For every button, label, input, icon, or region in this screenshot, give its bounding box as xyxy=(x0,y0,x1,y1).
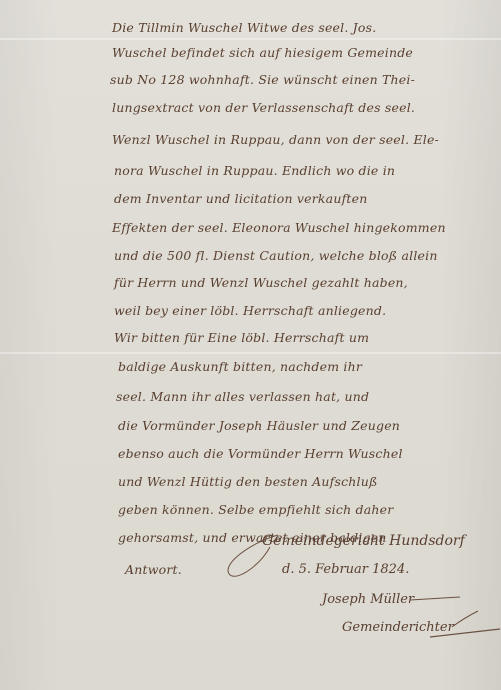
body-line: Antwort. xyxy=(125,562,182,577)
body-line: Die Tillmin Wuschel Witwe des seel. Jos. xyxy=(112,20,376,35)
body-line: sub No 128 wohnhaft. Sie wünscht einen T… xyxy=(110,72,415,87)
body-line: baldige Auskunft bitten, nachdem ihr xyxy=(118,359,362,374)
body-line: nora Wuschel in Ruppau. Endlich wo die i… xyxy=(114,163,395,178)
body-line: seel. Mann ihr alles verlassen hat, und xyxy=(116,389,369,404)
body-line: Wuschel befindet sich auf hiesigem Gemei… xyxy=(112,45,413,60)
body-line: und die 500 fl. Dienst Caution, welche b… xyxy=(114,248,438,263)
body-line: ebenso auch die Vormünder Herrn Wuschel xyxy=(118,446,403,461)
manuscript-page: Die Tillmin Wuschel Witwe des seel. Jos.… xyxy=(0,0,501,690)
body-line: Effekten der seel. Eleonora Wuschel hing… xyxy=(112,220,446,235)
body-line: geben können. Selbe empfiehlt sich daher xyxy=(118,502,393,517)
body-line: dem Inventar und licitation verkauften xyxy=(114,191,367,206)
paper-fold xyxy=(0,38,501,40)
body-line: Wenzl Wuschel in Ruppau, dann von der se… xyxy=(112,132,439,147)
paper-fold xyxy=(0,352,501,354)
body-line: für Herrn und Wenzl Wuschel gezahlt habe… xyxy=(114,275,408,290)
body-line: und Wenzl Hüttig den besten Aufschluß xyxy=(118,474,378,489)
signature-flourish xyxy=(220,525,500,645)
body-line: lungsextract von der Verlassenschaft des… xyxy=(112,100,415,115)
body-line: weil bey einer löbl. Herrschaft anliegen… xyxy=(114,303,386,318)
body-line: Wir bitten für Eine löbl. Herrschaft um xyxy=(114,330,369,345)
body-line: die Vormünder Joseph Häusler und Zeugen xyxy=(118,418,400,433)
